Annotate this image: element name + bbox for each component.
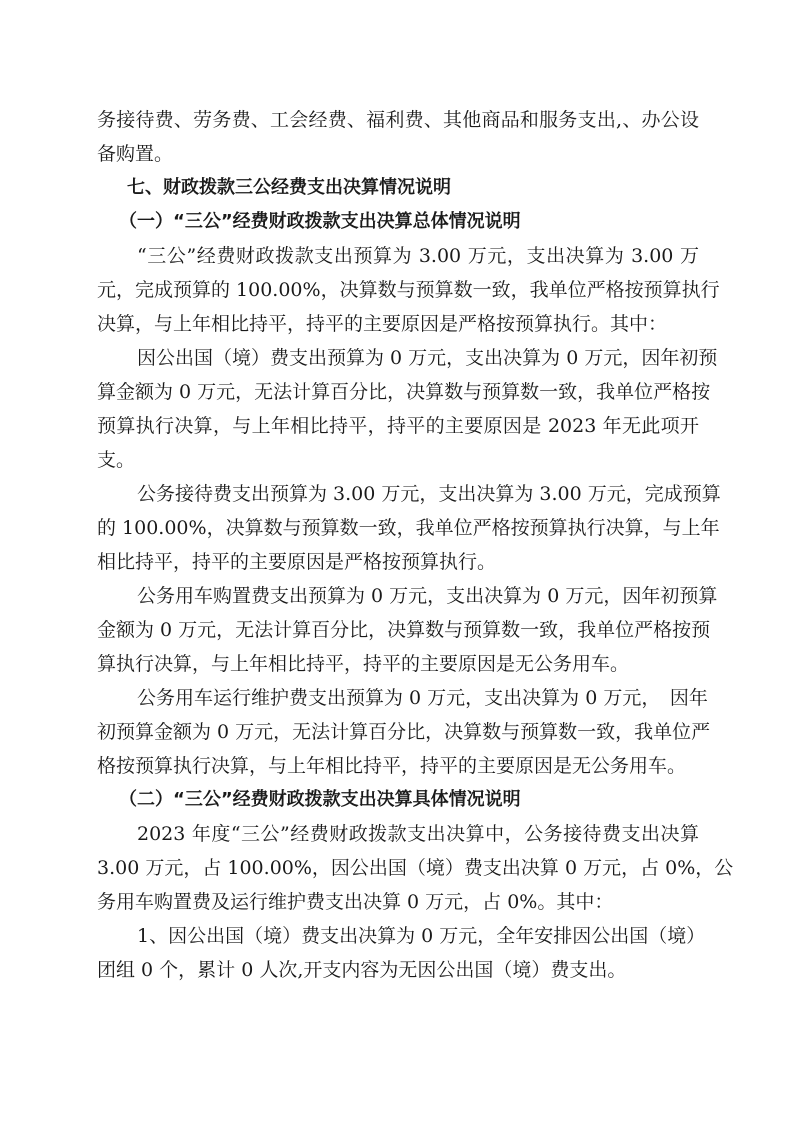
text-line: 相比持平，持平的主要原因是严格按预算执行。 xyxy=(97,545,699,579)
paragraph-vehicle-maintenance: 公务用车运行维护费支出预算为 0 万元，支出决算为 0 万元， 因年 初预算金额… xyxy=(97,681,699,783)
text-line: 元，完成预算的 100.00%，决算数与预算数一致，我单位严格按预算执行 xyxy=(97,273,699,307)
text-line: 公务用车运行维护费支出预算为 0 万元，支出决算为 0 万元， 因年 xyxy=(97,681,699,715)
text-line: 1、因公出国（境）费支出决算为 0 万元，全年安排因公出国（境） xyxy=(97,919,699,953)
text-line: “三公”经费财政拨款支出预算为 3.00 万元，支出决算为 3.00 万 xyxy=(97,239,699,273)
section-heading-seven: 七、财政拨款三公经费支出决算情况说明 xyxy=(97,171,699,205)
text-line: 务用车购置费及运行维护费支出决算 0 万元，占 0%。其中： xyxy=(97,885,699,919)
text-line: 决算，与上年相比持平，持平的主要原因是严格按预算执行。其中： xyxy=(97,307,699,341)
paragraph-2023-detail: 2023 年度“三公”经费财政拨款支出决算中，公务接待费支出决算 3.00 万元… xyxy=(97,817,699,919)
text-line: 初预算金额为 0 万元，无法计算百分比，决算数与预算数一致，我单位严 xyxy=(97,715,699,749)
paragraph-official-reception: 公务接待费支出预算为 3.00 万元，支出决算为 3.00 万元，完成预算 的 … xyxy=(97,477,699,579)
text-line: 因公出国（境）费支出预算为 0 万元，支出决算为 0 万元，因年初预 xyxy=(97,341,699,375)
paragraph-vehicle-purchase: 公务用车购置费支出预算为 0 万元，支出决算为 0 万元，因年初预算 金额为 0… xyxy=(97,579,699,681)
paragraph-continued: 务接待费、劳务费、工会经费、福利费、其他商品和服务支出,、办公设 备购置。 xyxy=(97,103,699,171)
subsection-heading-overall: （一）“三公”经费财政拨款支出决算总体情况说明 xyxy=(97,205,699,239)
text-line: 3.00 万元，占 100.00%，因公出国（境）费支出决算 0 万元，占 0%… xyxy=(97,851,699,885)
text-line: 支。 xyxy=(97,443,699,477)
text-line: 公务接待费支出预算为 3.00 万元，支出决算为 3.00 万元，完成预算 xyxy=(97,477,699,511)
subsection-heading-detail: （二）“三公”经费财政拨款支出决算具体情况说明 xyxy=(97,783,699,817)
text-line: 算执行决算，与上年相比持平，持平的主要原因是无公务用车。 xyxy=(97,647,699,681)
text-line: 公务用车购置费支出预算为 0 万元，支出决算为 0 万元，因年初预算 xyxy=(97,579,699,613)
text-line: 团组 0 个，累计 0 人次,开支内容为无因公出国（境）费支出。 xyxy=(97,953,699,987)
paragraph-overall: “三公”经费财政拨款支出预算为 3.00 万元，支出决算为 3.00 万 元，完… xyxy=(97,239,699,341)
paragraph-overseas-travel: 因公出国（境）费支出预算为 0 万元，支出决算为 0 万元，因年初预 算金额为 … xyxy=(97,341,699,477)
text-line: 务接待费、劳务费、工会经费、福利费、其他商品和服务支出,、办公设 xyxy=(97,103,699,137)
text-line: 格按预算执行决算，与上年相比持平，持平的主要原因是无公务用车。 xyxy=(97,749,699,783)
text-line: 备购置。 xyxy=(97,137,699,171)
paragraph-item-1-overseas: 1、因公出国（境）费支出决算为 0 万元，全年安排因公出国（境） 团组 0 个，… xyxy=(97,919,699,987)
text-line: 金额为 0 万元，无法计算百分比，决算数与预算数一致，我单位严格按预 xyxy=(97,613,699,647)
text-line: 算金额为 0 万元，无法计算百分比，决算数与预算数一致，我单位严格按 xyxy=(97,375,699,409)
text-line: 预算执行决算，与上年相比持平，持平的主要原因是 2023 年无此项开 xyxy=(97,409,699,443)
text-line: 的 100.00%，决算数与预算数一致，我单位严格按预算执行决算，与上年 xyxy=(97,511,699,545)
document-page: 务接待费、劳务费、工会经费、福利费、其他商品和服务支出,、办公设 备购置。 七、… xyxy=(97,103,699,987)
text-line: 2023 年度“三公”经费财政拨款支出决算中，公务接待费支出决算 xyxy=(97,817,699,851)
